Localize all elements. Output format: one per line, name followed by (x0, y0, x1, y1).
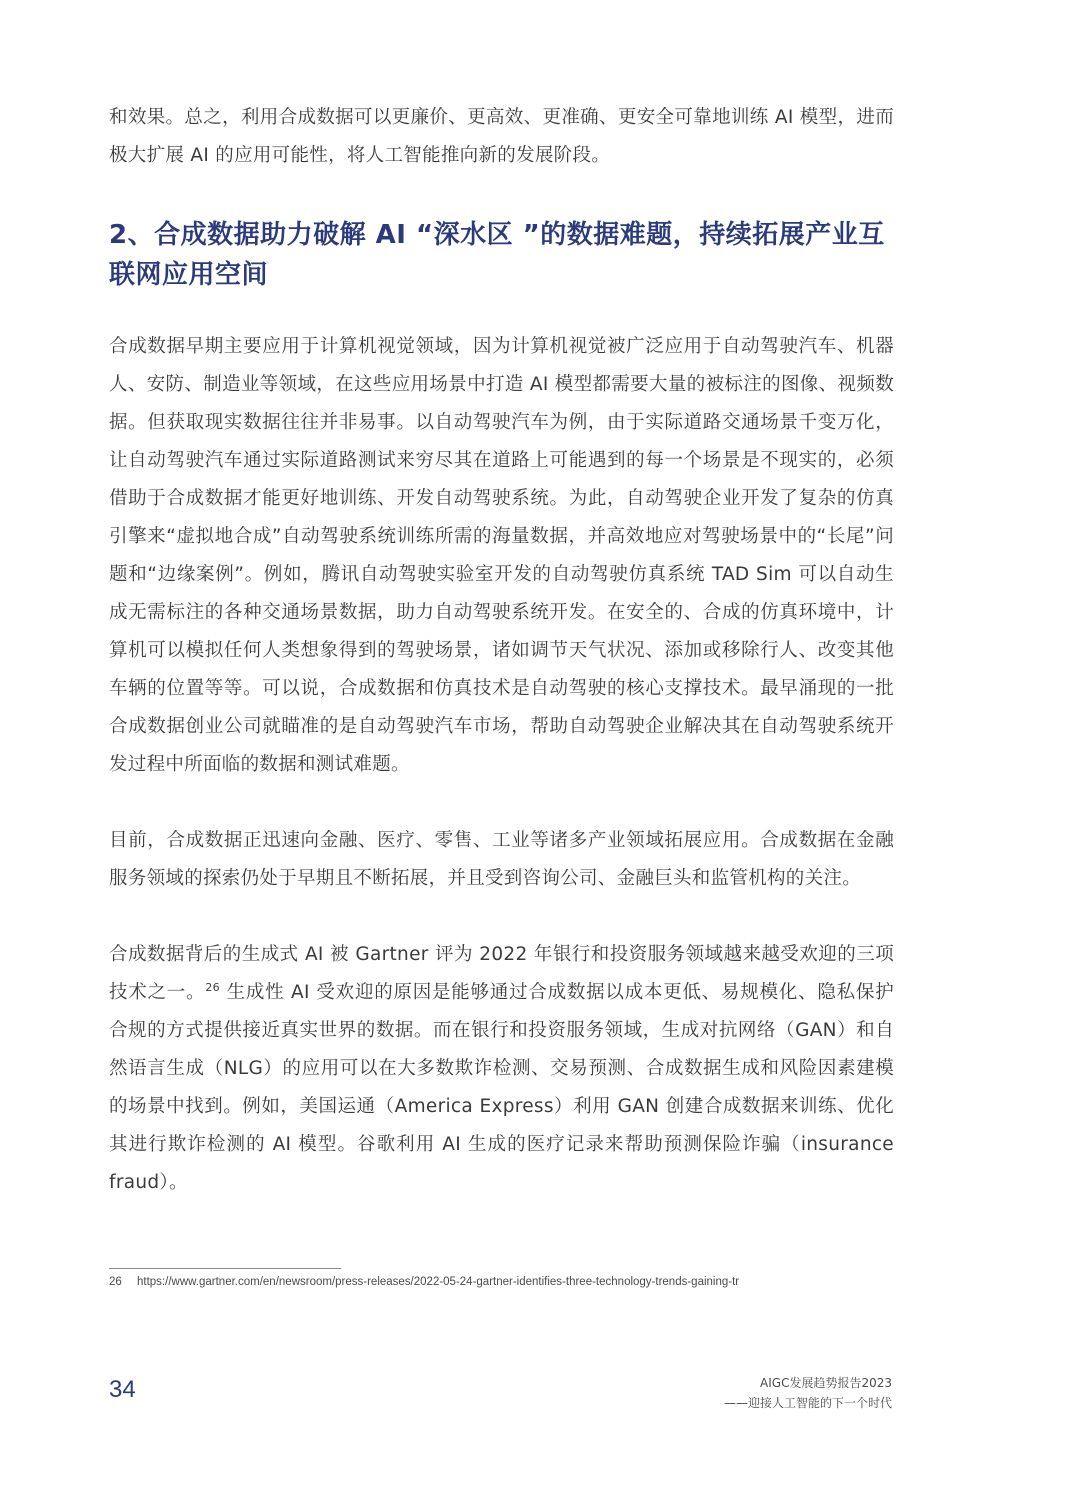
page-number: 34 (109, 1376, 136, 1404)
footer-report-title: AIGC发展趋势报告2023 ——迎接人工智能的下一个时代 (724, 1373, 892, 1413)
report-subtitle: ——迎接人工智能的下一个时代 (724, 1393, 892, 1413)
report-title: AIGC发展趋势报告2023 (724, 1373, 892, 1393)
body-paragraph-finance: 目前，合成数据正迅速向金融、医疗、零售、工业等诸多产业领域拓展应用。合成数据在金… (109, 822, 894, 898)
body-paragraph-autonomous-driving: 合成数据早期主要应用于计算机视觉领域，因为计算机视觉被广泛应用于自动驾驶汽车、机… (109, 328, 894, 784)
footnote: 26https://www.gartner.com/en/newsroom/pr… (109, 1276, 739, 1288)
intro-paragraph: 和效果。总之，利用合成数据可以更廉价、更高效、更准确、更安全可靠地训练 AI 模… (109, 99, 894, 175)
gartner-text-part2: 生成性 AI 受欢迎的原因是能够通过合成数据以成本更低、易规模化、隐私保护合规的… (109, 982, 894, 1193)
footnote-reference[interactable]: 26 (205, 981, 220, 994)
section-heading: 2、合成数据助力破解 AI “深水区 ”的数据难题，持续拓展产业互联网应用空间 (109, 215, 899, 295)
document-page: 和效果。总之，利用合成数据可以更廉价、更高效、更准确、更安全可靠地训练 AI 模… (0, 0, 1080, 1512)
footnote-number: 26 (109, 1276, 137, 1288)
footnote-divider (109, 1268, 341, 1269)
body-paragraph-gartner: 合成数据背后的生成式 AI 被 Gartner 评为 2022 年银行和投资服务… (109, 936, 894, 1202)
footnote-link[interactable]: https://www.gartner.com/en/newsroom/pres… (137, 1276, 739, 1288)
